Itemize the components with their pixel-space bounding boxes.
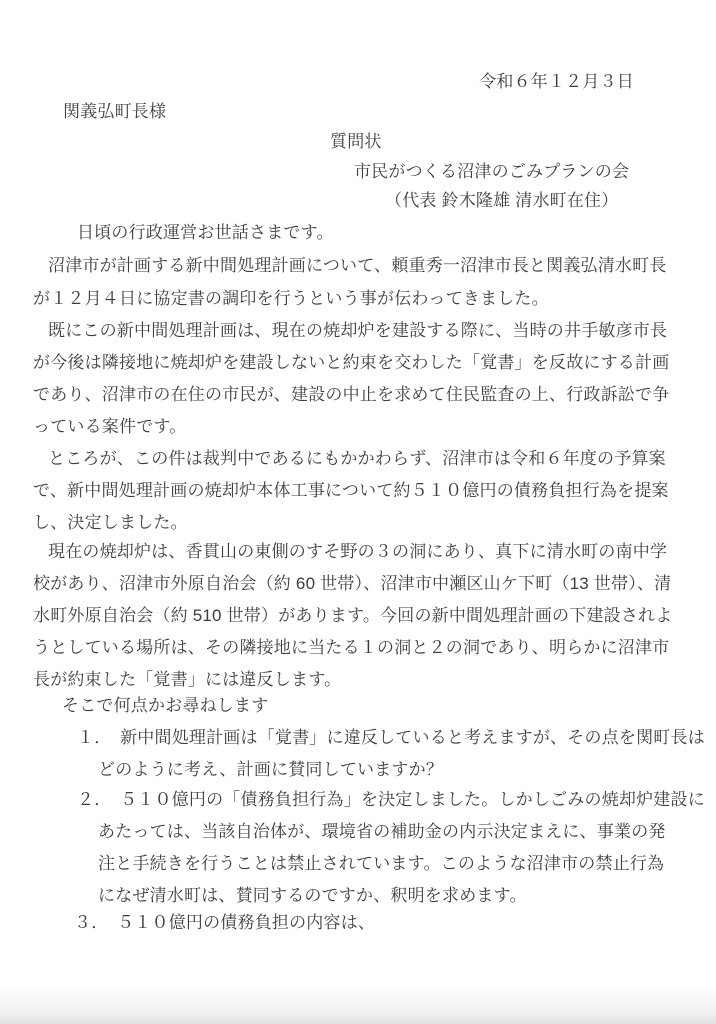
date-line: 令和６年１２月３日 [479, 70, 634, 94]
paragraph-line: し、決定しました。 [33, 511, 188, 535]
paragraph-line: うとしている場所は、その隣接地に当たる１の洞と２の洞であり、明らかに沼津市 [33, 636, 669, 660]
paragraph-line: 水町外原自治会（約 510 世帯）があります。今回の新中間処理計画の下建設されよ [33, 604, 672, 628]
sender-organization: 市民がつくる沼津のごみプランの会 [354, 160, 629, 184]
paragraph-line: 校があり、沼津市外原自治会（約 60 世帯）、沼津市中瀬区山ケ下町（13 世帯）… [33, 572, 671, 596]
paragraph-line: が今後は隣接地に焼却炉を建設しないと約束を交わした「覚書」を反故にする計画 [33, 351, 669, 375]
question-item-2-line: ２． ５１０億円の「債務負担行為」を決定しました。しかしごみの焼却炉建設に [77, 788, 705, 812]
question-item-1-line: １． 新中間処理計画は「覚書」に違反していると考えますが、その点を関町長は [77, 726, 705, 750]
paragraph-line: 現在の焼却炉は、香貫山の東側のすそ野の３の洞にあり、真下に清水町の南中学 [48, 540, 667, 564]
paragraph-line: 沼津市が計画する新中間処理計画について、頼重秀一沼津市長と関義弘清水町長 [48, 254, 667, 278]
paragraph-line: ところが、この件は裁判中であるにもかかわらず、沼津市は令和６年度の予算案 [48, 447, 666, 471]
paragraph-line: っている案件です。 [33, 415, 186, 439]
sender-representative: （代表 鈴木隆雄 清水町在住） [385, 189, 618, 213]
paragraph-line: 既にこの新中間処理計画は、現在の焼却炉を建設する際に、当時の井手敏彦市長 [48, 319, 667, 343]
question-item-2-line: 注と手続きを行うことは禁止されています。このような沼津市の禁止行為 [98, 852, 664, 876]
question-item-2-line: あたっては、当該自治体が、環境省の補助金の内示決定まえに、事業の発 [98, 820, 666, 844]
paragraph-line: であり、沼津市の在住の市民が、建設の中止を求めて住民監査の上、行政訴訟で争 [33, 383, 669, 407]
paragraph-line: 長が約束した「覚書」には違反します。 [33, 668, 341, 692]
question-item-1-line: どのように考え、計画に賛同していますか？ [98, 758, 443, 782]
document-title: 質問状 [330, 130, 382, 154]
question-item-2-line: になぜ清水町は、賛同するのですか、釈明を求めます。 [98, 884, 527, 908]
paragraph-line: が１２月４日に協定書の調印を行うという事が伝わってきました。 [33, 287, 549, 311]
paragraph-line: で、新中間処理計画の焼却炉本体工事について約５１０億円の債務負担行為を提案 [33, 479, 669, 503]
greeting-line: 日頃の行政運営お世話さまです。 [77, 221, 334, 245]
recipient-line: 関義弘町長様 [63, 100, 166, 124]
questions-intro-line: そこで何点かお尋ねします [62, 694, 268, 718]
document-page: 令和６年１２月３日 関義弘町長様 質問状 市民がつくる沼津のごみプランの会 （代… [0, 0, 716, 1024]
page-bottom-shadow [0, 986, 716, 1024]
question-item-3-line: ３． ５１０億円の債務負担の内容は、 [74, 911, 375, 935]
